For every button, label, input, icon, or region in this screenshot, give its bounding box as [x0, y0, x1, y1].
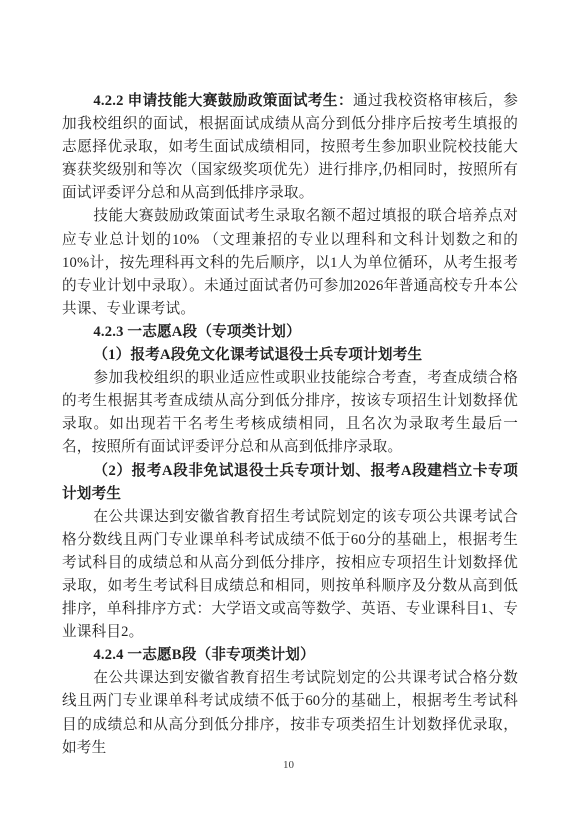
section-4-2-4-paragraph: 在公共课达到安徽省教育招生考试院划定的公共课考试合格分数线且两门专业课单科考试成…	[62, 667, 518, 759]
item-1-paragraph: 参加我校组织的职业适应性或职业技能综合考查，考查成绩合格的考生根据其考查成绩从高…	[62, 367, 518, 459]
quota-rule-text: 技能大赛鼓励政策面试考生录取名额不超过填报的联合培养点对应专业总计划的10% （…	[62, 208, 518, 316]
document-body: 4.2.2 申请技能大赛鼓励政策面试考生：通过我校资格审核后，参加我校组织的面试…	[62, 90, 518, 760]
item-2-heading: （2）报考A段非免试退役士兵专项计划、报考A段建档立卡专项计划考生	[62, 460, 518, 506]
section-4-2-2-heading-text: 4.2.2 申请技能大赛鼓励政策面试考生：	[93, 93, 353, 109]
section-4-2-3-heading: 4.2.3 一志愿A段（专项类计划）	[62, 321, 518, 344]
item-1-heading: （1）报考A段免文化课考试退役士兵专项计划考生	[62, 344, 518, 367]
section-4-2-4-heading: 4.2.4 一志愿B段（非专项类计划）	[62, 644, 518, 667]
document-page: 4.2.2 申请技能大赛鼓励政策面试考生：通过我校资格审核后，参加我校组织的面试…	[0, 0, 583, 825]
quota-rule-paragraph: 技能大赛鼓励政策面试考生录取名额不超过填报的联合培养点对应专业总计划的10% （…	[62, 205, 518, 320]
item-1-body-text: 参加我校组织的职业适应性或职业技能综合考查，考查成绩合格的考生根据其考查成绩从高…	[62, 370, 518, 455]
section-4-2-2-paragraph: 4.2.2 申请技能大赛鼓励政策面试考生：通过我校资格审核后，参加我校组织的面试…	[62, 90, 518, 205]
page-number: 10	[0, 759, 577, 772]
item-2-body-text: 在公共课达到安徽省教育招生考试院划定的该专项公共课考试合格分数线且两门专业课单科…	[62, 509, 518, 640]
section-4-2-4-body-text: 在公共课达到安徽省教育招生考试院划定的公共课考试合格分数线且两门专业课单科考试成…	[62, 670, 518, 755]
section-4-2-2-body-text: 通过我校资格审核后，参加我校组织的面试，根据面试成绩从高分到低分排序后按考生填报…	[62, 93, 518, 201]
item-2-paragraph: 在公共课达到安徽省教育招生考试院划定的该专项公共课考试合格分数线且两门专业课单科…	[62, 506, 518, 645]
